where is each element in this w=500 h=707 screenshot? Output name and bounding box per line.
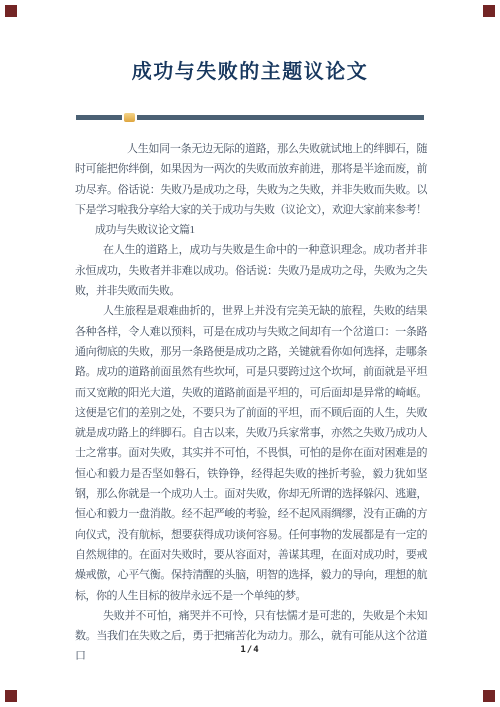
document-title: 成功与失败的主题议论文 xyxy=(0,55,500,84)
paragraph: 人生如同一条无边无际的道路，那么失败就试地上的绊脚石，随时可能把你绊倒，如果因为… xyxy=(75,139,427,220)
corner-mark-top-right xyxy=(483,5,495,17)
divider-bar-left xyxy=(76,115,122,120)
paragraph: 在人生的道路上，成功与失败是生命中的一种意识理念。成功者并非永恒成功，失败者并非… xyxy=(75,240,427,301)
paragraph: 人生旅程是艰难曲折的，世界上并没有完美无缺的旅程，失败的结果各种各样，令人难以预… xyxy=(75,301,427,605)
document-body: 人生如同一条无边无际的道路，那么失败就试地上的绊脚石，随时可能把你绊倒，如果因为… xyxy=(75,139,427,667)
section-subtitle: 成功与失败议论文篇1 xyxy=(75,220,427,240)
corner-mark-bottom-right xyxy=(483,690,495,702)
paragraph: 失败并不可怕，痛哭并不可怜，只有怯懦才是可悲的，失败是个未知数。当我们在失败之后… xyxy=(75,606,427,667)
document-page: 成功与失败的主题议论文 人生如同一条无边无际的道路，那么失败就试地上的绊脚石，随… xyxy=(0,0,500,707)
divider-accent-square-icon xyxy=(124,113,135,122)
page-number: 1/4 xyxy=(0,645,500,655)
title-divider xyxy=(76,112,424,122)
divider-bar-right xyxy=(137,115,424,120)
corner-mark-top-left xyxy=(5,5,17,17)
corner-mark-bottom-left xyxy=(5,690,17,702)
